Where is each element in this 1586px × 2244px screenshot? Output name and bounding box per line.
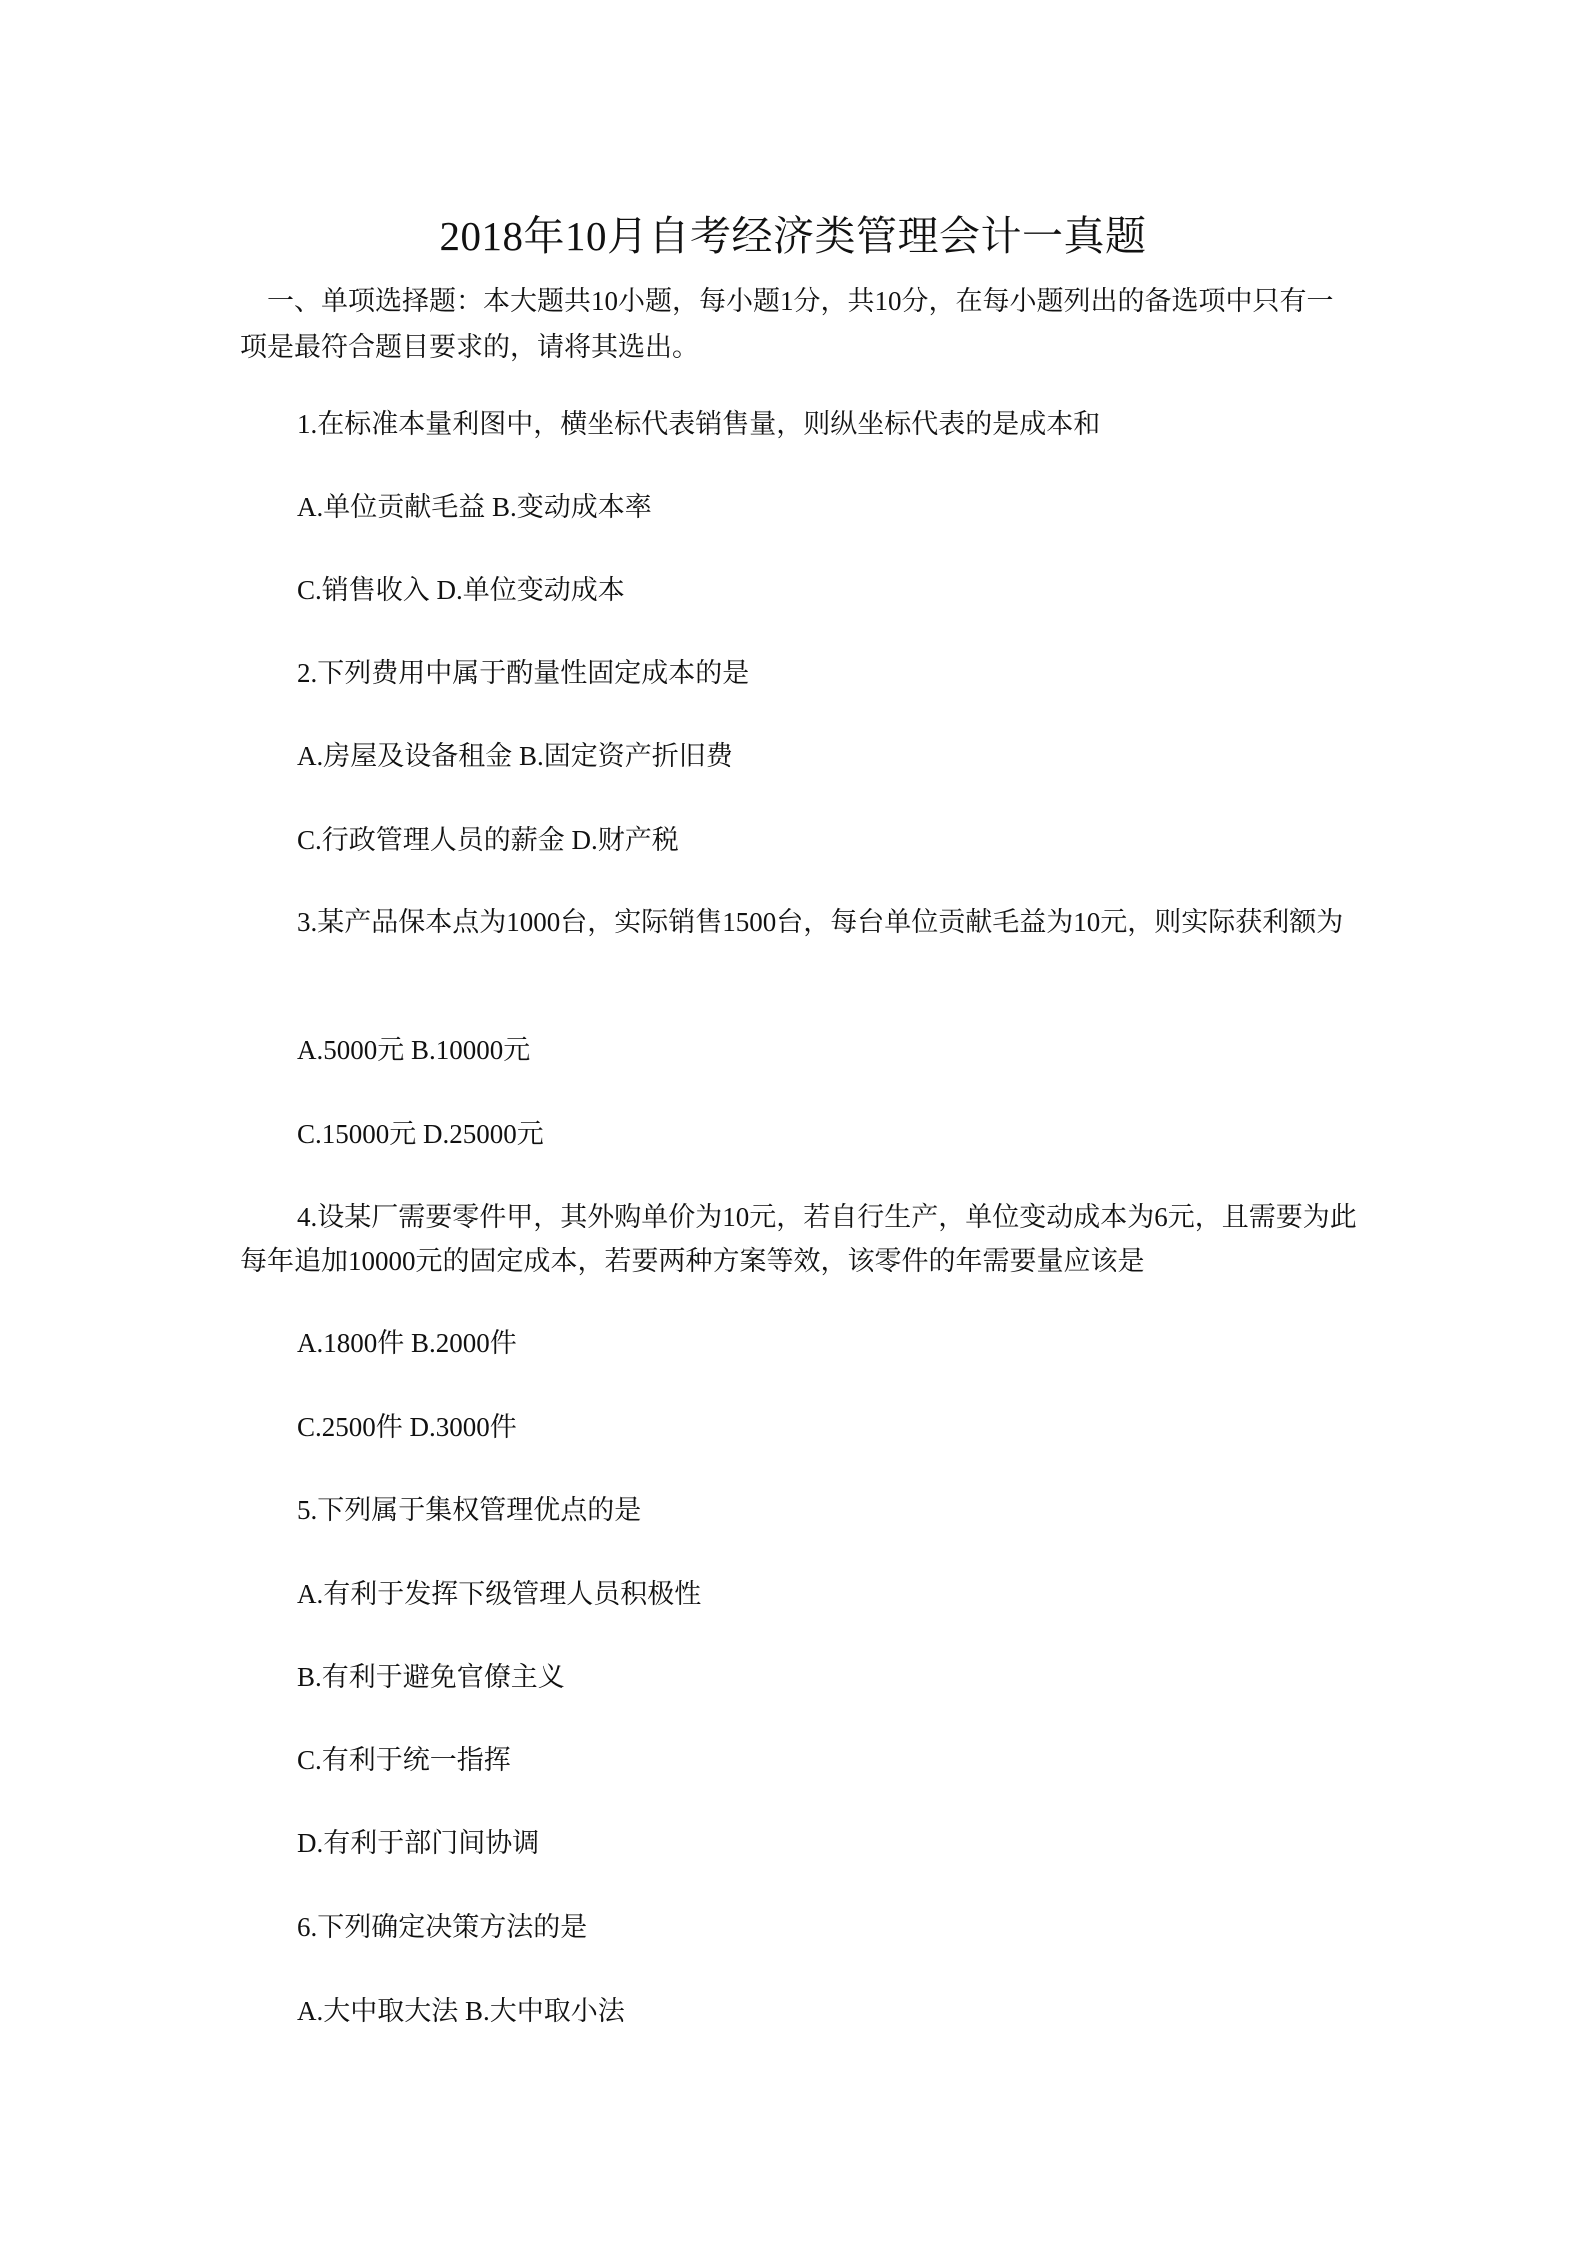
question-5-option-c: C.有利于统一指挥 — [297, 1737, 511, 1783]
question-5-option-d: D.有利于部门间协调 — [297, 1820, 539, 1866]
question-2-options-cd: C.行政管理人员的薪金 D.财产税 — [297, 817, 679, 863]
question-1-stem: 1.在标准本量利图中，横坐标代表销售量，则纵坐标代表的是成本和 — [297, 401, 1100, 447]
question-3-stem: 3.某产品保本点为1000台，实际销售1500台，每台单位贡献毛益为10元，则实… — [240, 900, 1360, 944]
question-1-options-ab: A.单位贡献毛益 B.变动成本率 — [297, 484, 652, 530]
question-5-option-b: B.有利于避免官僚主义 — [297, 1654, 565, 1700]
question-4-stem: 4.设某厂需要零件甲，其外购单价为10元，若自行生产，单位变动成本为6元，且需要… — [240, 1195, 1360, 1283]
question-4-options-ab: A.1800件 B.2000件 — [297, 1320, 517, 1366]
question-6-options-ab: A.大中取大法 B.大中取小法 — [297, 1988, 625, 2034]
question-3-options-ab: A.5000元 B.10000元 — [297, 1027, 530, 1073]
question-5-option-a: A.有利于发挥下级管理人员积极性 — [297, 1571, 701, 1617]
question-6-stem: 6.下列确定决策方法的是 — [297, 1904, 587, 1950]
document-page: 2018年10月自考经济类管理会计一真题 一、单项选择题：本大题共10小题，每小… — [0, 0, 1586, 2244]
page-title: 2018年10月自考经济类管理会计一真题 — [0, 206, 1586, 266]
section-intro: 一、单项选择题：本大题共10小题，每小题1分，共10分，在每小题列出的备选项中只… — [240, 278, 1360, 370]
question-4-options-cd: C.2500件 D.3000件 — [297, 1404, 517, 1450]
question-2-stem: 2.下列费用中属于酌量性固定成本的是 — [297, 650, 749, 696]
question-3-options-cd: C.15000元 D.25000元 — [297, 1111, 544, 1157]
question-5-stem: 5.下列属于集权管理优点的是 — [297, 1487, 641, 1533]
question-2-options-ab: A.房屋及设备租金 B.固定资产折旧费 — [297, 733, 733, 779]
question-1-options-cd: C.销售收入 D.单位变动成本 — [297, 567, 625, 613]
